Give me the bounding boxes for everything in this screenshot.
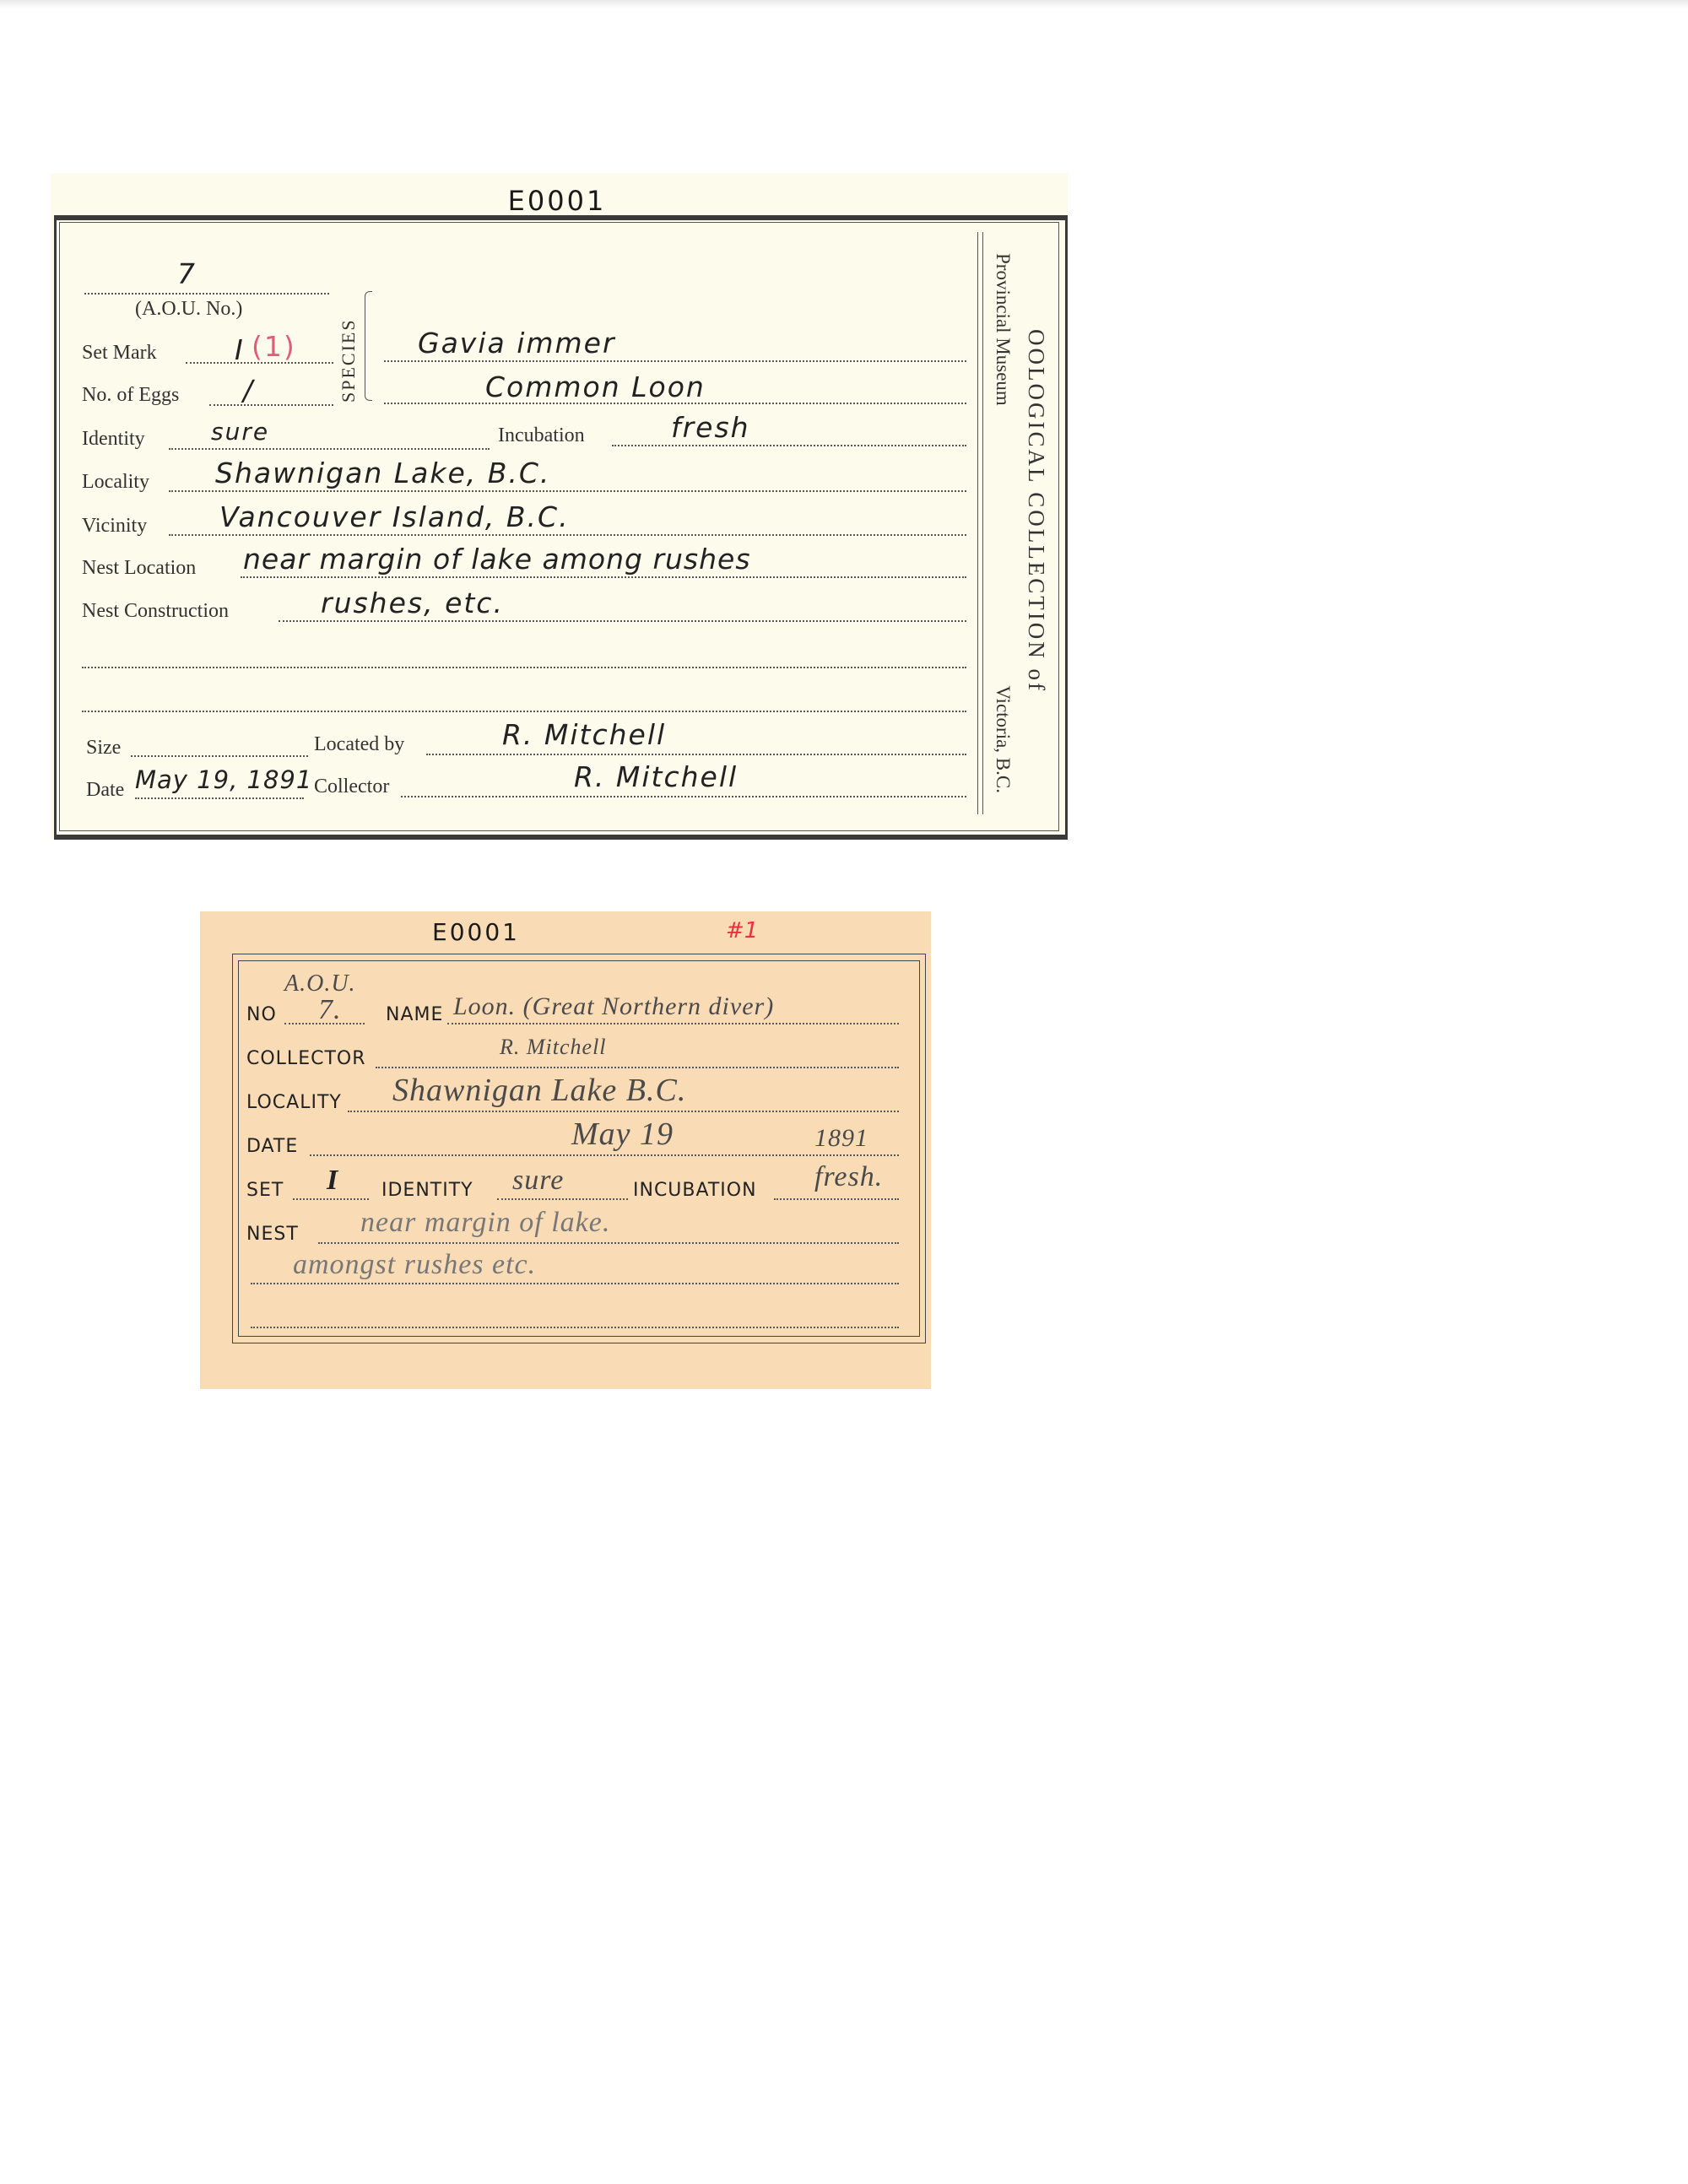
name-value: Loon. (Great Northern diver) — [453, 992, 774, 1021]
museum-name: Provincial Museum — [992, 253, 1014, 406]
vicinity-line — [169, 534, 966, 536]
nest-construction-line — [279, 620, 966, 622]
catalog-number: E0001 — [490, 185, 625, 217]
nest-location-value: near margin of lake among rushes — [243, 543, 751, 576]
located-by-line — [426, 754, 966, 755]
vicinity-value: Vancouver Island, B.C. — [219, 500, 570, 533]
nest-label: NEST — [246, 1224, 299, 1245]
located-by-label: Located by — [314, 733, 404, 756]
blank-line — [251, 1327, 899, 1328]
aou-number-line — [84, 293, 329, 295]
identity-label: IDENTITY — [381, 1180, 473, 1201]
size-label: Size — [86, 737, 121, 760]
species-scientific-line — [384, 360, 966, 362]
incubation-value: fresh — [671, 411, 750, 444]
identity-value: sure — [211, 418, 269, 446]
identity-label: Identity — [82, 428, 145, 451]
nest-construction-value: rushes, etc. — [321, 587, 504, 619]
incubation-label: Incubation — [498, 424, 585, 447]
nest-location-label: Nest Location — [82, 557, 196, 580]
blank-line — [82, 711, 966, 712]
set-mark-annotation: (1) — [252, 330, 296, 363]
incubation-line — [612, 445, 966, 446]
species-label: SPECIES — [338, 318, 360, 403]
aou-number-value: 7 — [177, 257, 197, 290]
nest-line — [318, 1242, 899, 1244]
no-of-eggs-line — [209, 404, 333, 406]
nest-value-line1: near margin of lake. — [360, 1207, 610, 1239]
side-divider — [982, 232, 983, 814]
locality-value: Shawnigan Lake, B.C. — [215, 457, 550, 489]
date-label: DATE — [246, 1136, 298, 1157]
date-year: 1891 — [814, 1124, 868, 1153]
nest-location-line — [241, 576, 966, 578]
size-line — [131, 755, 308, 757]
nest-value-line2: amongst rushes etc. — [293, 1249, 536, 1281]
species-common-value: Common Loon — [485, 370, 706, 403]
name-label: NAME — [386, 1004, 443, 1025]
collector-line — [376, 1067, 899, 1068]
vicinity-label: Vicinity — [82, 515, 147, 538]
incubation-label: INCUBATION — [633, 1180, 757, 1201]
species-scientific-value: Gavia immer — [418, 327, 616, 359]
set-value: I — [327, 1165, 338, 1197]
catalog-number: E0001 — [432, 918, 520, 946]
set-mark-value: I — [235, 333, 245, 366]
locality-label: LOCALITY — [246, 1092, 342, 1113]
name-line — [447, 1023, 899, 1024]
collector-line — [401, 796, 966, 797]
incubation-line — [774, 1198, 899, 1200]
date-line — [310, 1154, 899, 1156]
species-brace — [365, 291, 372, 401]
no-label: NO — [246, 1004, 277, 1025]
scan-edge — [0, 0, 1688, 8]
oological-collection-card: E0001 OOLOGICAL COLLECTION of Provincial… — [51, 173, 1068, 840]
locality-value: Shawnigan Lake B.C. — [392, 1072, 686, 1109]
set-line — [293, 1198, 369, 1200]
set-mark-label: Set Mark — [82, 342, 157, 365]
collector-label: COLLECTOR — [246, 1048, 366, 1069]
locality-line — [348, 1111, 899, 1112]
museum-city: Victoria, B.C. — [992, 685, 1014, 793]
side-divider — [977, 232, 978, 814]
locality-label: Locality — [82, 471, 149, 494]
collection-title: OOLOGICAL COLLECTION of — [1023, 329, 1049, 693]
nest-construction-label: Nest Construction — [82, 600, 229, 623]
locality-line — [169, 490, 966, 492]
side-heading: OOLOGICAL COLLECTION of Provincial Museu… — [987, 253, 1051, 793]
aou-number-label: (A.O.U. No.) — [135, 298, 242, 321]
no-of-eggs-value: / — [243, 374, 254, 407]
sequence-mark: #1 — [726, 918, 758, 943]
incubation-value: fresh. — [814, 1161, 883, 1193]
blank-line — [82, 667, 966, 668]
collector-label: Collector — [314, 776, 389, 798]
date-line — [135, 797, 304, 799]
no-of-eggs-label: No. of Eggs — [82, 384, 179, 407]
collector-value: R. Mitchell — [500, 1035, 607, 1060]
no-value: 7. — [318, 994, 342, 1026]
identity-value: sure — [512, 1165, 564, 1197]
date-value: May 19 — [571, 1116, 674, 1153]
date-value: May 19, 1891 — [135, 765, 312, 794]
date-label: Date — [86, 779, 124, 802]
egg-record-card: E0001 #1 A.O.U. NO 7. NAME Loon. (Great … — [200, 911, 931, 1389]
collector-value: R. Mitchell — [574, 760, 738, 793]
identity-line — [497, 1198, 628, 1200]
set-label: SET — [246, 1180, 284, 1201]
nest-line-2 — [251, 1283, 899, 1284]
located-by-value: R. Mitchell — [502, 718, 666, 751]
identity-line — [169, 448, 490, 450]
